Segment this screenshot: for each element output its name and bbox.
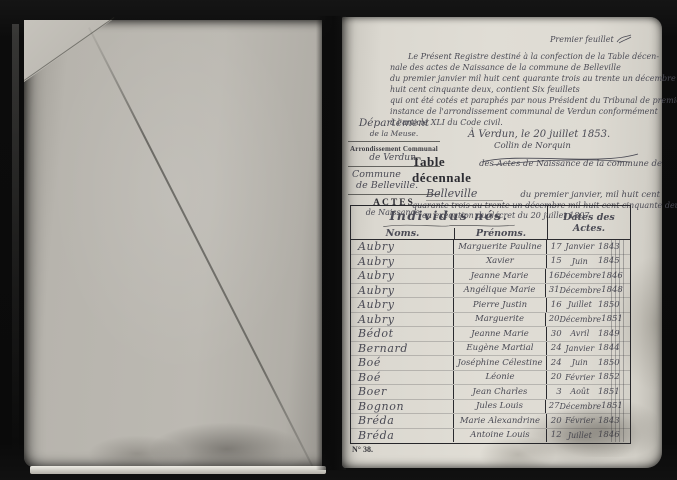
date-month: Juillet xyxy=(562,300,598,309)
date-month: Avril xyxy=(562,329,598,338)
date-year: 1851 xyxy=(598,387,630,397)
departement-label: Département xyxy=(346,118,442,129)
date-day: 31 xyxy=(546,285,560,295)
cell-nom: Aubry xyxy=(351,269,453,283)
cell-date: 20 Décembre 1851 xyxy=(545,313,630,327)
cell-prenoms: Jeanne Marie xyxy=(453,327,545,341)
table-row: Bernard Eugène Martial 24 Janvier 1844 xyxy=(351,342,630,357)
cell-prenoms: Eugène Martial xyxy=(453,342,545,356)
table-header: Individus nés. Noms. Prénoms. Dates des … xyxy=(351,206,630,240)
cell-prenoms: Pierre Justin xyxy=(453,298,545,312)
date-day: 17 xyxy=(547,242,562,252)
cell-nom: Bréda xyxy=(351,414,453,428)
cell-prenoms: Jeanne Marie xyxy=(453,269,545,283)
cell-date: 15 Juin 1845 xyxy=(546,255,630,269)
cell-nom: Aubry xyxy=(351,313,453,327)
year-rule-line xyxy=(623,240,624,442)
title-lead: Table décennale xyxy=(412,154,475,186)
date-year: 1850 xyxy=(598,300,630,310)
cell-date: 20 Février 1843 xyxy=(546,414,630,428)
table-row: Bréda Antoine Louis 12 Juillet 1846 xyxy=(351,429,630,443)
column-header-dates: Dates des Actes. xyxy=(547,206,630,239)
signature-text: Collin de Norquin xyxy=(494,141,640,151)
cell-nom: Aubry xyxy=(351,284,453,298)
date-month: Décembre xyxy=(560,271,602,280)
cell-nom: Boé xyxy=(351,356,453,370)
book-cover-edge xyxy=(12,24,19,454)
cell-date: 24 Juin 1850 xyxy=(546,356,630,370)
cell-date: 27 Décembre 1851 xyxy=(545,400,630,414)
date-month: Août xyxy=(562,387,598,396)
table-row: Bognon Jules Louis 27 Décembre 1851 xyxy=(351,400,630,415)
table-row: Boé Léonie 20 Février 1852 xyxy=(351,371,630,386)
cell-prenoms: Marie Alexandrine xyxy=(453,414,545,428)
table-row: Bédot Jeanne Marie 30 Avril 1849 xyxy=(351,327,630,342)
cell-nom: Bernard xyxy=(351,342,453,356)
cell-prenoms: Antoine Louis xyxy=(453,429,545,443)
table-row: Aubry Jeanne Marie 16 Décembre 1846 xyxy=(351,269,630,284)
cell-prenoms: Angélique Marie xyxy=(453,284,545,298)
column-header-noms: Noms. xyxy=(351,228,454,239)
cell-date: 3 Août 1851 xyxy=(546,385,630,399)
premier-feuillet-text: Premier feuillet xyxy=(550,35,614,44)
title-line-2: Belleville du premier janvier, mil huit … xyxy=(412,187,662,201)
date-year: 1846 xyxy=(598,430,630,440)
quill-flourish-icon xyxy=(616,34,632,44)
date-month: Février xyxy=(562,373,598,382)
cell-prenoms: Xavier xyxy=(453,255,545,269)
date-month: Décembre xyxy=(560,286,602,295)
date-day: 15 xyxy=(547,256,562,266)
cell-date: 30 Avril 1849 xyxy=(546,327,630,341)
cell-nom: Bréda xyxy=(351,429,453,443)
table-row: Aubry Pierre Justin 16 Juillet 1850 xyxy=(351,298,630,313)
date-month: Juin xyxy=(562,257,598,266)
cell-prenoms: Jules Louis xyxy=(453,400,545,414)
header-individus-nes: Individus nés. xyxy=(351,206,547,223)
date-day: 24 xyxy=(547,343,562,353)
sheet-number: N° 38. xyxy=(352,445,373,454)
register-page: Premier feuillet Le Présent Registre des… xyxy=(342,17,662,468)
cell-nom: Aubry xyxy=(351,298,453,312)
column-header-prenoms: Prénoms. xyxy=(454,228,547,239)
cell-nom: Boer xyxy=(351,385,453,399)
cell-prenoms: Léonie xyxy=(453,371,545,385)
table-body: Aubry Marguerite Pauline 17 Janvier 1843… xyxy=(351,240,630,442)
cell-nom: Bognon xyxy=(351,400,453,414)
left-blank-page xyxy=(24,20,322,467)
cell-nom: Bédot xyxy=(351,327,453,341)
date-day: 24 xyxy=(547,358,562,368)
year-rule-line xyxy=(619,240,620,442)
date-month: Décembre xyxy=(560,315,602,324)
cell-nom: Aubry xyxy=(351,240,453,254)
table-row: Bréda Marie Alexandrine 20 Février 1843 xyxy=(351,414,630,429)
table-row: Boé Joséphine Célestine 24 Juin 1850 xyxy=(351,356,630,371)
premier-feuillet-note: Premier feuillet xyxy=(550,34,632,44)
year-rule-line xyxy=(611,240,612,442)
header-individus-group: Individus nés. Noms. Prénoms. xyxy=(351,206,547,239)
date-month: Janvier xyxy=(562,242,598,251)
margin-rule xyxy=(348,141,440,142)
table-row: Aubry Marguerite Pauline 17 Janvier 1843 xyxy=(351,240,630,255)
arrondissement-label: Arrondissement Communal xyxy=(346,145,442,153)
date-day: 16 xyxy=(547,300,562,310)
register-paragraph-line: du premier janvier mil huit cent quarant… xyxy=(390,73,660,84)
table-row: Aubry Marguerite 20 Décembre 1851 xyxy=(351,313,630,328)
cell-prenoms: Marguerite Pauline xyxy=(453,240,545,254)
date-day: 20 xyxy=(547,416,562,426)
title-rest: des Actes de Naissance de la commune de xyxy=(479,159,662,169)
cell-prenoms: Jean Charles xyxy=(453,385,545,399)
cell-date: 17 Janvier 1843 xyxy=(546,240,630,254)
register-paragraph-line: huit cent cinquante deux, contient Six f… xyxy=(390,84,660,95)
date-day: 27 xyxy=(546,401,560,411)
cell-nom: Boé xyxy=(351,371,453,385)
date-day: 16 xyxy=(546,271,560,281)
date-year: 1849 xyxy=(598,329,630,339)
date-month: Décembre xyxy=(560,402,602,411)
table-row: Aubry Xavier 15 Juin 1845 xyxy=(351,255,630,270)
header-sub-row: Noms. Prénoms. xyxy=(351,228,547,239)
date-year: 1844 xyxy=(598,343,630,353)
date-month: Février xyxy=(562,416,598,425)
date-month: Juin xyxy=(562,358,598,367)
table-row: Boer Jean Charles 3 Août 1851 xyxy=(351,385,630,400)
date-year: 1843 xyxy=(598,416,630,426)
date-year: 1852 xyxy=(598,372,630,382)
date-day: 30 xyxy=(547,329,562,339)
register-paragraph-line: Le Présent Registre destiné à la confect… xyxy=(390,51,660,62)
title-line-1: Table décennale des Actes de Naissance d… xyxy=(412,154,662,186)
date-year: 1850 xyxy=(598,358,630,368)
diagonal-crease-line xyxy=(88,27,313,466)
date-year: 1843 xyxy=(598,242,630,252)
year-rule-line xyxy=(615,240,616,442)
register-declaration-paragraph: Le Présent Registre destiné à la confect… xyxy=(390,51,660,128)
cell-date: 16 Juillet 1850 xyxy=(546,298,630,312)
book-scan: Premier feuillet Le Présent Registre des… xyxy=(0,0,677,480)
cell-prenoms: Joséphine Célestine xyxy=(453,356,545,370)
cell-date: 12 Juillet 1846 xyxy=(546,429,630,443)
cell-prenoms: Marguerite xyxy=(453,313,545,327)
date-day: 3 xyxy=(547,387,562,397)
birth-acts-table: Individus nés. Noms. Prénoms. Dates des … xyxy=(350,205,631,444)
date-day: 12 xyxy=(547,430,562,440)
date-day: 20 xyxy=(546,314,560,324)
title-period-start: du premier janvier, mil huit cent xyxy=(520,190,660,200)
cell-date: 24 Janvier 1844 xyxy=(546,342,630,356)
date-day: 20 xyxy=(547,372,562,382)
date-month: Janvier xyxy=(562,344,598,353)
page-fore-edge xyxy=(30,466,326,474)
cell-date: 16 Décembre 1846 xyxy=(545,269,630,283)
register-paragraph-line: instance de l'arrondissement communal de… xyxy=(390,106,660,117)
cell-nom: Aubry xyxy=(351,255,453,269)
departement-value: de la Meuse. xyxy=(346,129,442,138)
title-commune-name: Belleville xyxy=(426,187,503,201)
cell-date: 31 Décembre 1848 xyxy=(545,284,630,298)
cell-date: 20 Février 1852 xyxy=(546,371,630,385)
date-month: Juillet xyxy=(562,431,598,440)
register-paragraph-line: qui ont été cotés et paraphés par nous P… xyxy=(390,95,660,106)
place-date-line: À Verdun, le 20 juillet 1853. xyxy=(468,129,610,140)
register-paragraph-line: nale des actes de Naissance de la commun… xyxy=(390,62,660,73)
date-year: 1845 xyxy=(598,256,630,266)
table-row: Aubry Angélique Marie 31 Décembre 1848 xyxy=(351,284,630,299)
